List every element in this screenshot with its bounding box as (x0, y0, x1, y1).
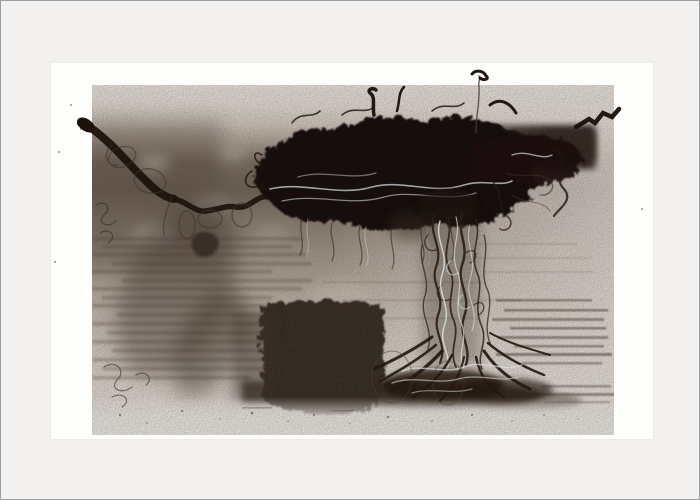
dust-speck (58, 151, 60, 153)
dust-speck (80, 128, 82, 130)
print-sheet (51, 63, 653, 439)
dust-speck (70, 104, 72, 106)
artwork-scan (0, 0, 700, 500)
dust-speck (641, 208, 643, 210)
dust-speck (54, 261, 56, 263)
photo-print (92, 85, 614, 435)
